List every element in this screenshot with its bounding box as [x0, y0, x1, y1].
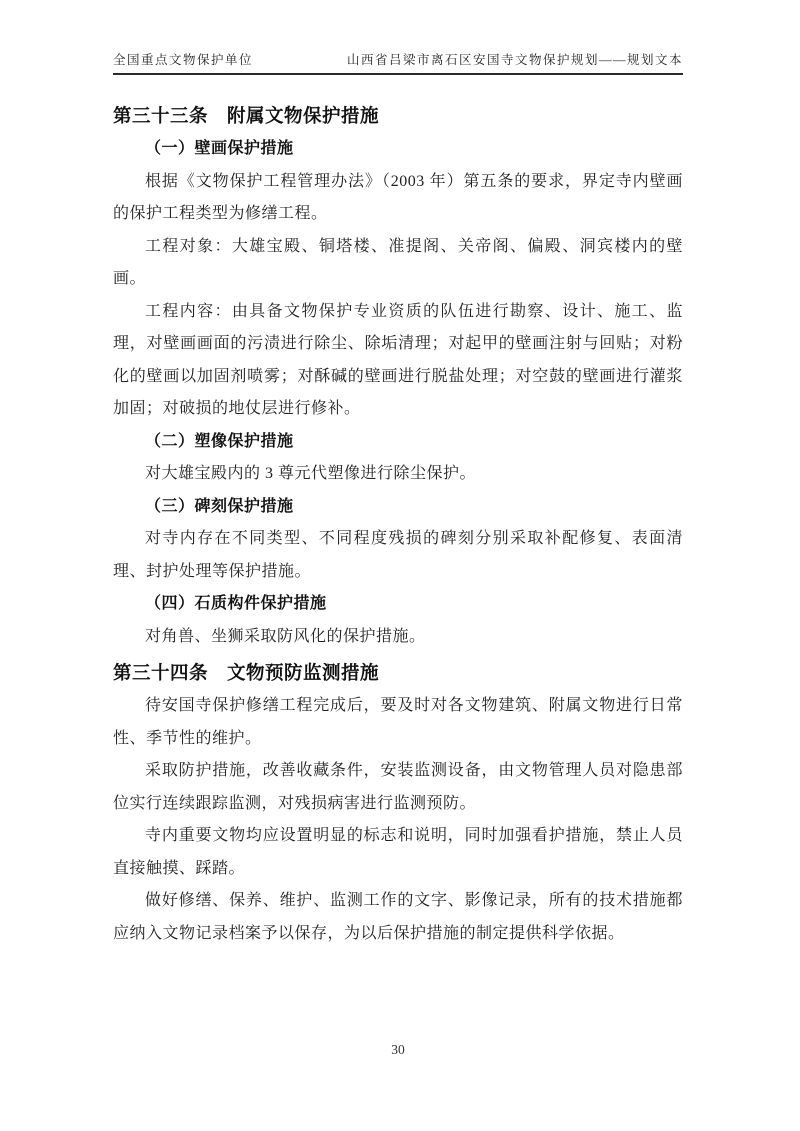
header-right-text: 山西省吕梁市离石区安国寺文物保护规划——规划文本	[347, 50, 683, 68]
article-34-paragraph-3: 寺内重要文物均应设置明显的标志和说明，同时加强看护措施，禁止人员直接触摸、踩踏。	[113, 820, 683, 885]
article-33-sub4-heading: （四）石质构件保护措施	[113, 588, 683, 621]
article-33-sub4-paragraph-1: 对角兽、坐狮采取防风化的保护措施。	[113, 621, 683, 654]
header-left-text: 全国重点文物保护单位	[113, 50, 253, 68]
article-33-sub3-paragraph-1: 对寺内存在不同类型、不同程度残损的碑刻分别采取补配修复、表面清理、封护处理等保护…	[113, 523, 683, 588]
article-33-sub3-heading: （三）碑刻保护措施	[113, 491, 683, 524]
article-34-paragraph-4: 做好修缮、保养、维护、监测工作的文字、影像记录，所有的技术措施都应纳入文物记录档…	[113, 885, 683, 950]
article-33-sub1-paragraph-1: 根据《文物保护工程管理办法》（2003 年）第五条的要求，界定寺内壁画的保护工程…	[113, 166, 683, 231]
page-header: 全国重点文物保护单位 山西省吕梁市离石区安国寺文物保护规划——规划文本	[113, 0, 683, 75]
article-34-heading: 第三十四条 文物预防监测措施	[113, 656, 683, 690]
document-body: 第三十三条 附属文物保护措施 （一）壁画保护措施 根据《文物保护工程管理办法》（…	[113, 99, 683, 950]
page-number: 30	[113, 1042, 683, 1058]
article-34-paragraph-1: 待安国寺保护修缮工程完成后，要及时对各文物建筑、附属文物进行日常性、季节性的维护…	[113, 690, 683, 755]
article-33-sub1-paragraph-3: 工程内容：由具备文物保护专业资质的队伍进行勘察、设计、施工、监理，对壁画画面的污…	[113, 296, 683, 426]
article-33-heading: 第三十三条 附属文物保护措施	[113, 99, 683, 133]
article-33-sub1-paragraph-2: 工程对象：大雄宝殿、铜塔楼、准提阁、关帝阁、偏殿、洞宾楼内的壁画。	[113, 231, 683, 296]
article-33-sub1-heading: （一）壁画保护措施	[113, 133, 683, 166]
article-34-paragraph-2: 采取防护措施，改善收藏条件，安装监测设备，由文物管理人员对隐患部位实行连续跟踪监…	[113, 755, 683, 820]
article-33-sub2-heading: （二）塑像保护措施	[113, 426, 683, 459]
document-page: 全国重点文物保护单位 山西省吕梁市离石区安国寺文物保护规划——规划文本 第三十三…	[113, 0, 683, 1131]
article-33-sub2-paragraph-1: 对大雄宝殿内的 3 尊元代塑像进行除尘保护。	[113, 458, 683, 491]
